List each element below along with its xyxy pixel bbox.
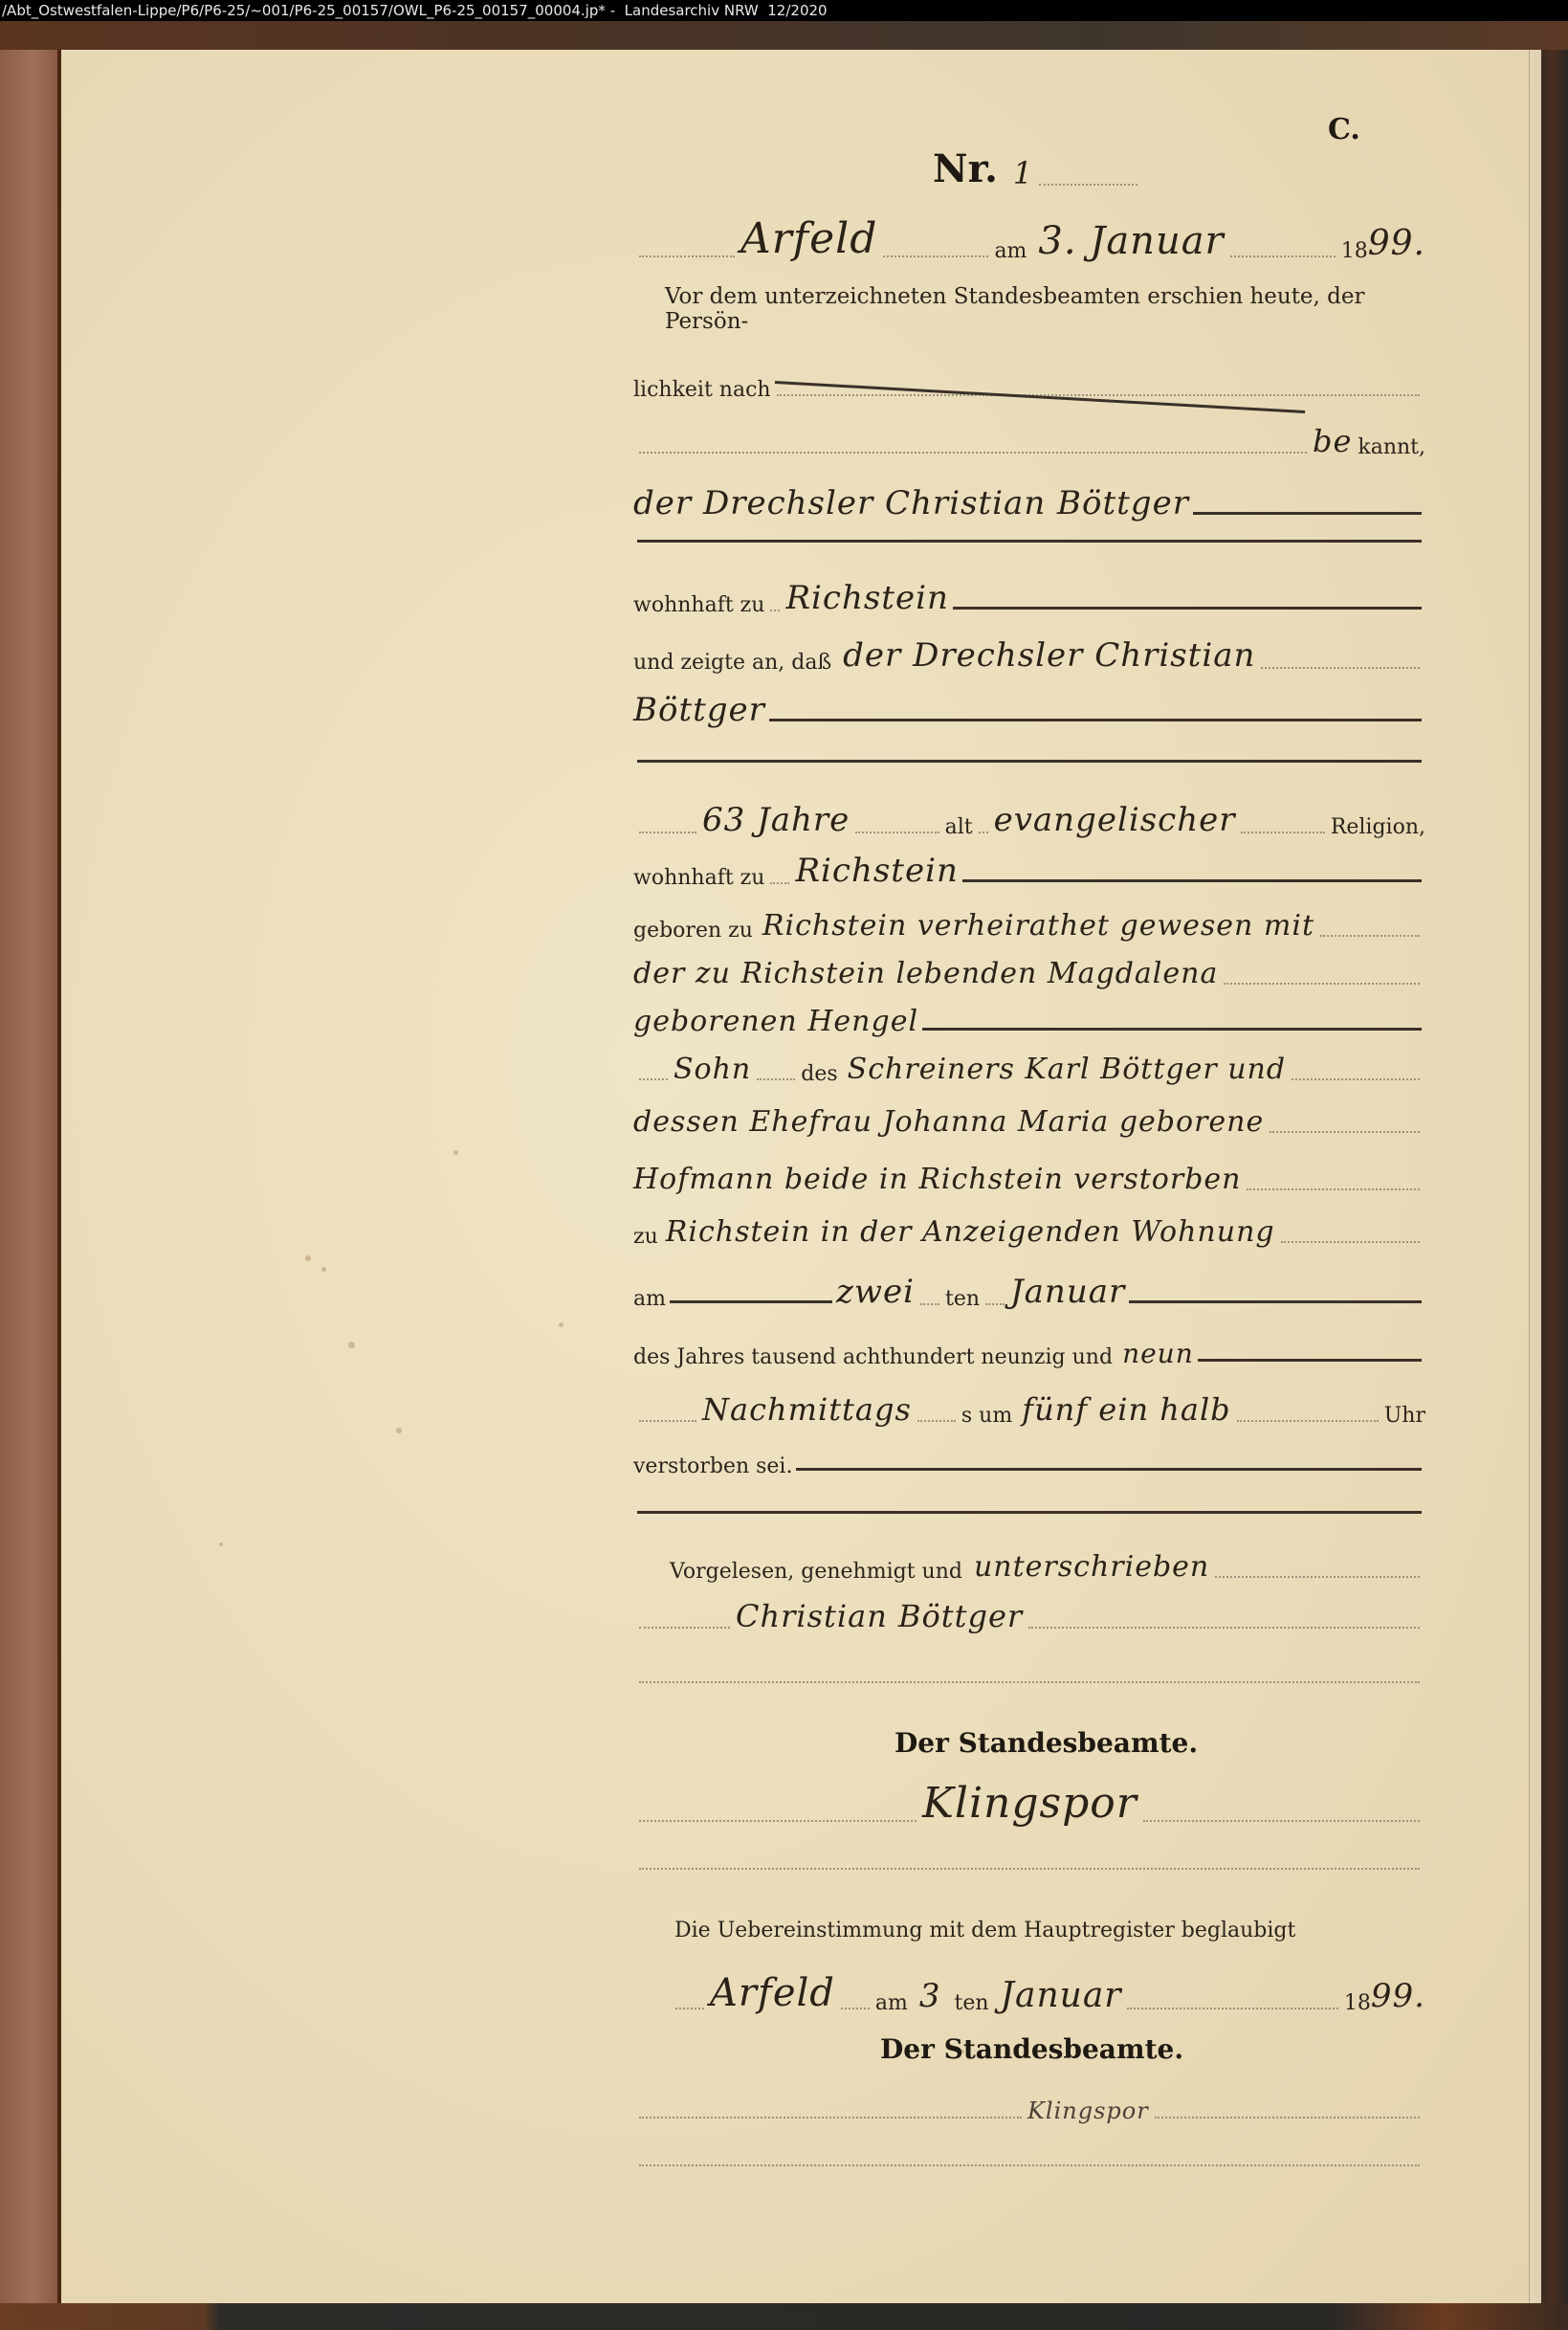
year-prefix: 18	[1341, 239, 1368, 263]
dotted-rule	[639, 832, 696, 833]
certification-text: Die Uebereinstimmung mit dem Hauptregist…	[674, 1919, 1295, 1942]
book-cover-top	[0, 21, 1568, 50]
fill-rule	[1129, 1300, 1422, 1303]
blank-line-2	[633, 742, 1425, 770]
dotted-rule	[639, 1681, 1420, 1683]
dotted-rule	[1028, 1627, 1420, 1629]
mother-maiden-line: Hofmann beide in Richstein verstorben	[633, 1148, 1425, 1196]
nr-label: Nr.	[933, 146, 998, 191]
cert-heading: Der Standesbeamte.	[880, 2033, 1183, 2065]
dotted-rule	[1143, 1820, 1420, 1822]
parents-line1: Schreiners Karl Böttger und	[848, 1053, 1286, 1086]
date-value: 3. Januar	[1038, 219, 1224, 263]
dotted-rule	[777, 394, 1420, 396]
death-place-value: Richstein in der Anzeigenden Wohnung	[666, 1215, 1275, 1249]
window-title: /Abt_Ostwestfalen-Lippe/P6/P6-25/~001/P6…	[0, 0, 1568, 21]
death-day-label: am	[633, 1287, 666, 1311]
fill-rule	[769, 719, 1422, 721]
deceased-line1: der Drechsler Christian	[843, 636, 1255, 675]
year-suffix: 99.	[1368, 224, 1425, 263]
dotted-rule	[639, 255, 735, 257]
cert-month: Januar	[1001, 1976, 1122, 2015]
religion-label: Religion,	[1331, 815, 1425, 839]
blank-line-1	[633, 521, 1425, 550]
deceased-line2: Böttger	[633, 691, 765, 729]
cert-year-prefix: 18	[1344, 1991, 1371, 2015]
dotted-rule	[883, 255, 988, 257]
dotted-rule	[1230, 255, 1336, 257]
intro-text: Vor dem unterzeichneten Standesbeamten e…	[665, 284, 1425, 334]
dotted-rule	[770, 882, 789, 884]
book-cover-right	[1541, 50, 1568, 2303]
death-day-value: zwei	[836, 1273, 915, 1311]
dotted-rule	[1292, 1078, 1420, 1080]
foxing-spot	[559, 1322, 563, 1327]
fill-rule	[796, 1468, 1422, 1471]
dotted-rule	[1237, 1420, 1379, 1422]
residence-label: wohnhaft zu	[633, 593, 764, 617]
dotted-rule	[770, 610, 780, 611]
parents-line2: dessen Ehefrau Johanna Maria geborene	[633, 1105, 1264, 1139]
known-line: be kannt,	[633, 411, 1425, 459]
read-label: Vorgelesen, genehmigt und	[670, 1560, 962, 1584]
dotted-rule	[639, 1820, 917, 1822]
blank-dotted-line-3	[633, 2143, 1425, 2172]
dotted-rule	[1215, 1576, 1420, 1578]
dotted-rule	[639, 1420, 696, 1422]
read-hand: unterschrieben	[974, 1550, 1209, 1584]
death-year-line: des Jahres tausend achthundert neunzig u…	[633, 1325, 1425, 1369]
blank-dotted-line-2	[633, 1847, 1425, 1875]
informant-signature: Christian Böttger	[736, 1598, 1023, 1634]
fill-rule	[953, 607, 1422, 610]
dotted-rule	[639, 1078, 668, 1080]
page-edge	[1529, 50, 1541, 2303]
dotted-rule	[1241, 832, 1324, 833]
died-label: verstorben sei.	[633, 1454, 792, 1478]
dotted-rule	[1224, 983, 1420, 985]
dotted-rule	[639, 2117, 1022, 2119]
time-suffix: s um	[961, 1404, 1012, 1428]
age-value: 63 Jahre	[702, 801, 850, 839]
dotted-rule	[1155, 2117, 1420, 2119]
fill-rule	[922, 1028, 1422, 1031]
born-line2: der zu Richstein lebenden Magdalena	[633, 957, 1218, 990]
mother-line: dessen Ehefrau Johanna Maria geborene	[633, 1091, 1425, 1139]
dotted-rule	[979, 832, 988, 833]
death-place-label: zu	[633, 1225, 658, 1249]
reported-label: und zeigte an, daß	[633, 651, 831, 675]
dotted-rule	[1320, 935, 1420, 937]
age-label: alt	[945, 815, 973, 839]
dotted-rule	[855, 832, 939, 833]
cert-ten: ten	[955, 1991, 989, 2015]
cert-year-suffix: 99.	[1371, 1977, 1425, 2015]
cert-place: Arfeld	[710, 1971, 835, 2015]
foxing-spot	[453, 1150, 458, 1155]
maiden-name-line: geborenen Hengel	[633, 990, 1425, 1038]
nr-value: 1	[1013, 155, 1033, 191]
dotted-rule	[757, 1078, 795, 1080]
foxing-spot	[348, 1342, 355, 1348]
foxing-spot	[321, 1267, 326, 1272]
cert-am: am	[875, 1991, 908, 2015]
death-place-line: zu Richstein in der Anzeigenden Wohnung	[633, 1201, 1425, 1249]
fill-rule	[1193, 512, 1422, 515]
deceased-residence-label: wohnhaft zu	[633, 866, 764, 890]
born-line1: Richstein verheirathet gewesen mit	[762, 909, 1314, 943]
identity-suffix-hand: be	[1313, 423, 1352, 459]
dotted-rule	[639, 1627, 730, 1629]
death-time-line: Nachmittags s um fünf ein halb Uhr	[633, 1378, 1425, 1428]
religion-value: evangelischer	[994, 801, 1236, 839]
informant-signature-line: Christian Böttger	[633, 1588, 1425, 1634]
age-religion-line: 63 Jahre alt evangelischer Religion,	[633, 789, 1425, 839]
dotted-rule	[639, 2164, 1420, 2166]
deceased-name-line: Böttger	[633, 679, 1425, 729]
parents-line: Sohn des Schreiners Karl Böttger und	[633, 1038, 1425, 1086]
died-line: verstorben sei.	[633, 1440, 1425, 1478]
death-date-line: am zwei ten Januar	[633, 1263, 1425, 1311]
spouse-line: der zu Richstein lebenden Magdalena	[633, 943, 1425, 990]
death-year-text: des Jahres tausend achthundert neunzig u…	[633, 1345, 1113, 1369]
dotted-rule	[1039, 184, 1137, 186]
dotted-rule	[1270, 1131, 1420, 1133]
death-month-value: Januar	[1010, 1273, 1125, 1311]
cert-signature: Klingspor	[1027, 2097, 1149, 2124]
identity-label: lichkeit nach	[633, 378, 771, 402]
fill-rule	[670, 1300, 832, 1303]
intro-line: Vor dem unterzeichneten Standesbeamten e…	[665, 292, 1425, 334]
registrar-signature-line: Klingspor	[633, 1770, 1425, 1828]
cert-place-date-line: Arfeld am 3 ten Januar 18 99.	[670, 1962, 1425, 2015]
cert-signature-line: Klingspor	[633, 2076, 1425, 2124]
death-year-hand: neun	[1122, 1338, 1194, 1369]
place-value: Arfeld	[740, 214, 877, 263]
registrar-signature: Klingspor	[922, 1779, 1137, 1828]
blank-line-3	[633, 1493, 1425, 1521]
reported-line: und zeigte an, daß der Drechsler Christi…	[633, 627, 1425, 675]
dotted-rule	[841, 2008, 870, 2009]
born-label: geboren zu	[633, 919, 753, 943]
informant-value: der Drechsler Christian Böttger	[633, 484, 1189, 522]
dotted-rule	[920, 1303, 939, 1305]
read-approved-line: Vorgelesen, genehmigt und unterschrieben	[670, 1536, 1425, 1584]
residence-line: wohnhaft zu Richstein	[633, 569, 1425, 617]
dotted-rule	[917, 1420, 956, 1422]
death-day-suffix: ten	[945, 1287, 980, 1311]
identity-suffix-print: kannt,	[1358, 435, 1425, 459]
fill-rule	[1198, 1359, 1422, 1362]
time-value: fünf ein halb	[1022, 1391, 1230, 1428]
fill-rule	[962, 879, 1422, 882]
cert-day: 3	[919, 1977, 941, 2015]
dotted-rule	[639, 1868, 1420, 1870]
residence-value: Richstein	[785, 579, 948, 617]
time-of-day: Nachmittags	[702, 1391, 912, 1428]
record-number-line: Nr. 1	[933, 144, 1143, 191]
fill-rule	[637, 540, 1422, 543]
foxing-spot	[396, 1428, 402, 1433]
parents-line3: Hofmann beide in Richstein verstorben	[633, 1163, 1241, 1196]
dotted-rule	[639, 452, 1307, 454]
deceased-residence-line: wohnhaft zu Richstein	[633, 842, 1425, 890]
series-letter: C.	[1328, 113, 1360, 146]
born-line3: geborenen Hengel	[633, 1005, 918, 1038]
dotted-rule	[985, 1303, 1005, 1305]
blank-dotted-line	[633, 1660, 1425, 1689]
time-label: Uhr	[1384, 1404, 1425, 1428]
fill-rule	[637, 1511, 1422, 1514]
dotted-rule	[1247, 1188, 1420, 1190]
place-date-line: Arfeld am 3. Januar 18 99.	[633, 206, 1425, 263]
foxing-spot	[219, 1542, 223, 1546]
dotted-rule	[1127, 2008, 1337, 2009]
dotted-rule	[1281, 1241, 1420, 1243]
born-line: geboren zu Richstein verheirathet gewese…	[633, 895, 1425, 943]
deceased-residence-value: Richstein	[795, 852, 958, 890]
foxing-spot	[305, 1255, 311, 1261]
dotted-rule	[1261, 667, 1420, 669]
informant-line: der Drechsler Christian Böttger	[633, 469, 1425, 522]
son-print: des	[801, 1062, 837, 1086]
fill-rule	[637, 760, 1422, 763]
registrar-heading: Der Standesbeamte.	[894, 1727, 1198, 1759]
son-hand: Sohn	[674, 1053, 751, 1086]
am-label: am	[994, 239, 1027, 263]
dotted-rule	[675, 2008, 704, 2009]
book-cover-bottom	[0, 2303, 1568, 2330]
leather-binding-left	[0, 50, 57, 2303]
